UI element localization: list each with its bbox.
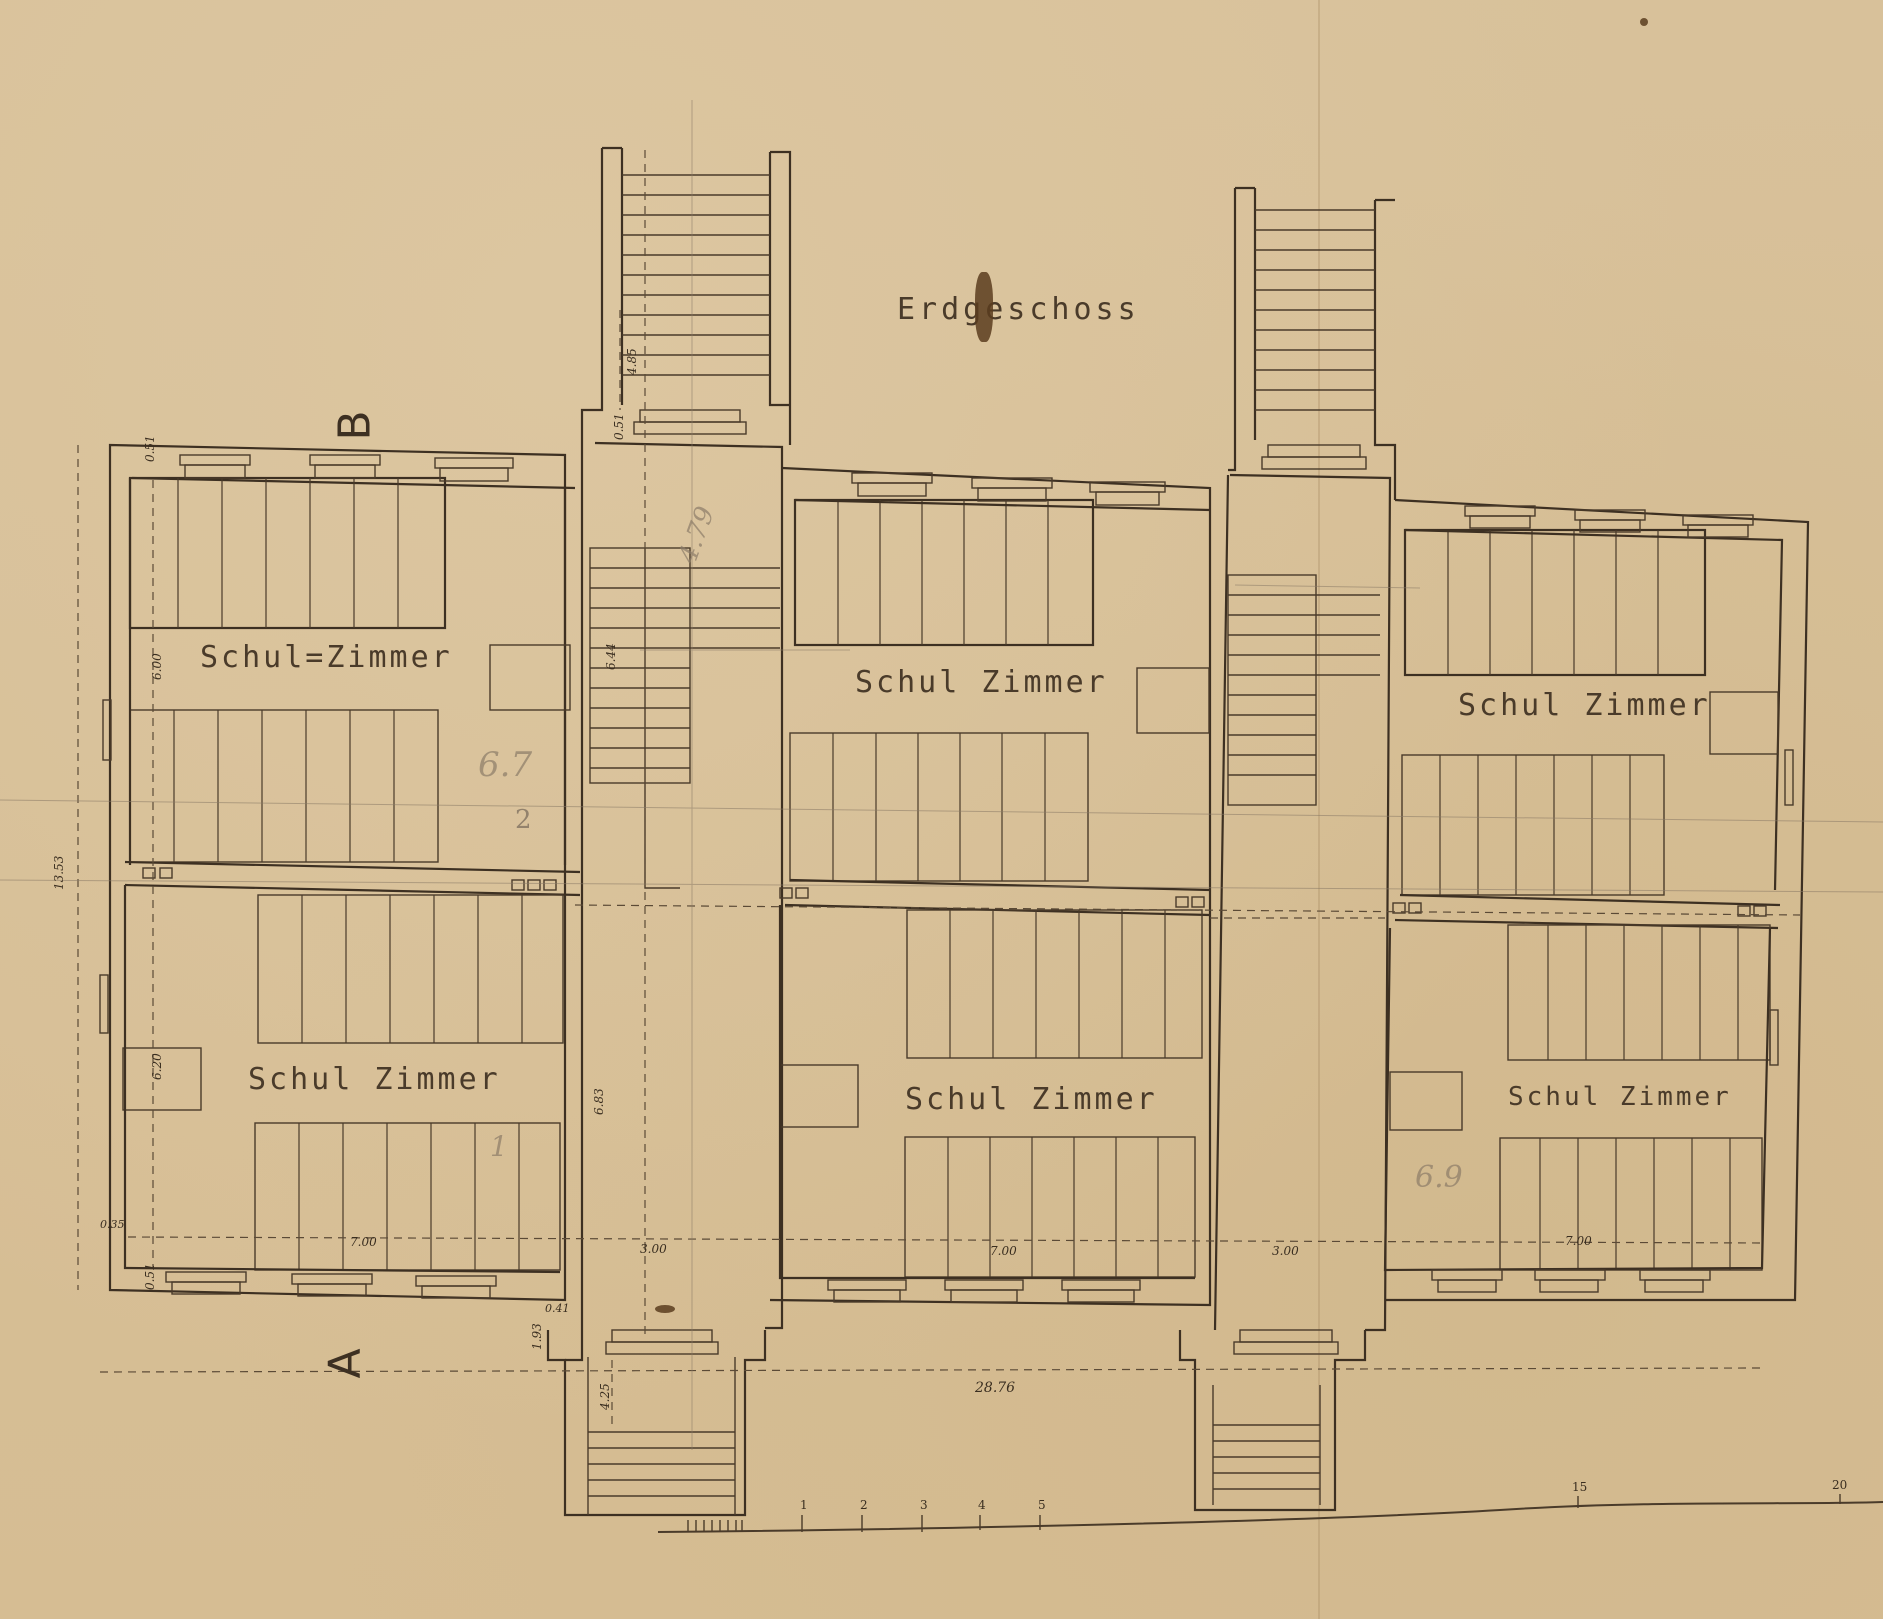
dim-corridor-depth: 6.83 xyxy=(592,1088,606,1115)
dim-room-width: 7.00 xyxy=(990,1244,1017,1258)
room-label-1: Schul=Zimmer xyxy=(200,640,453,675)
dim-corridor-width: 3.00 xyxy=(640,1242,667,1256)
dim-room-depth-bottom: 6.20 xyxy=(150,1053,164,1080)
dim-overall-width: 28.76 xyxy=(975,1380,1015,1396)
right-stair-corridor xyxy=(1180,188,1395,1510)
dim-corridor-width: 3.00 xyxy=(1272,1244,1299,1258)
room-label-3: Schul Zimmer xyxy=(1458,688,1711,723)
ink-stain xyxy=(1640,18,1648,26)
scale-tick-label: 5 xyxy=(1038,1498,1046,1512)
drawing-title: Erdgeschoss xyxy=(897,292,1140,327)
scale-tick-label: 2 xyxy=(860,1498,868,1512)
dim-wall-thickness-2: 0.35 xyxy=(100,1218,125,1231)
section-mark-a: A xyxy=(320,1348,371,1378)
ink-stain xyxy=(975,272,993,342)
dim-wall-thickness: 0.51 xyxy=(612,413,626,440)
scale-tick-label: 3 xyxy=(920,1498,928,1512)
dim-wall-thickness-3: 0.41 xyxy=(545,1302,570,1315)
dim-room-width: 7.00 xyxy=(350,1235,377,1249)
dim-entry-offset: 1.93 xyxy=(530,1323,544,1350)
pencil-note: 1 xyxy=(490,1130,508,1163)
dim-wall-thickness: 0.51 xyxy=(143,435,157,462)
dim-overall-depth: 13.53 xyxy=(52,856,66,890)
scale-tick-label: 20 xyxy=(1832,1478,1847,1492)
section-mark-b: B xyxy=(330,410,381,440)
dim-room-depth-top: 6.00 xyxy=(150,653,164,680)
dimension-lines xyxy=(78,150,1800,1430)
room-label-2: Schul Zimmer xyxy=(855,665,1108,700)
scale-tick-label: 1 xyxy=(800,1498,808,1512)
room-label-5: Schul Zimmer xyxy=(905,1082,1158,1117)
scale-bar xyxy=(658,1494,1883,1532)
dim-room-width: 7.00 xyxy=(1565,1234,1592,1248)
pencil-note: 6.7 xyxy=(478,745,532,785)
room-label-4: Schul Zimmer xyxy=(248,1062,501,1097)
pencil-note: 2 xyxy=(515,805,532,835)
room-label-6: Schul Zimmer xyxy=(1508,1082,1732,1112)
pencil-note: 6.9 xyxy=(1415,1160,1463,1195)
ink-stain xyxy=(655,1305,675,1313)
dim-stair-bottom-run: 4.25 xyxy=(598,1383,612,1410)
dim-stair-landing: 6.44 xyxy=(604,643,618,670)
dim-wall-thickness: 0.51 xyxy=(143,1263,157,1290)
scale-tick-label: 4 xyxy=(978,1498,986,1512)
scale-tick-label: 15 xyxy=(1572,1480,1587,1494)
dim-stair-top-run: 4.85 xyxy=(625,348,639,375)
floor-plan-drawing xyxy=(0,0,1883,1619)
left-wing xyxy=(100,445,580,1300)
